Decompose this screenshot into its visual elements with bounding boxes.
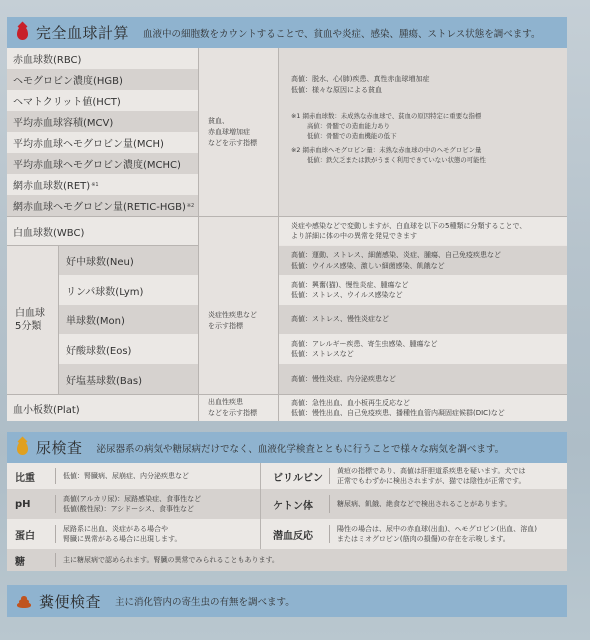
neu-details: 高値：運動、ストレス、細菌感染、炎症、腫瘍、自己免疫疾患など 低値：ウイルス感染… <box>279 246 567 275</box>
table-row-occult-blood: 潜血反応 陽性の場合は、尿中の赤血球(出血)、ヘモグロビン(出血、溶血) または… <box>261 519 567 549</box>
plat-details: 高値：急性出血、血小板再生反応など 低値：慢性出血、自己免疫疾患、播種性血管内凝… <box>279 395 567 421</box>
table-row-neu: 好中球数(Neu) <box>59 246 198 275</box>
rbc-high: 高値：脱水、心(肺)疾患、真性赤血球増加症 <box>291 74 486 85</box>
note1-high: 高値：骨髄での造血能力あり <box>291 121 486 131</box>
table-row-bas: 好塩基球数(Bas) <box>59 364 198 394</box>
bas-details: 高値：慢性炎症、内分泌疾患など <box>279 364 567 394</box>
table-row-bilirubin: ビリルビン 黄疸の指標であり、高値は肝胆道系疾患を疑います。犬では 正常でもわず… <box>261 463 567 489</box>
lym-details: 高値：興奮(猫)、慢性炎症、腫瘍など 低値：ストレス、ウイルス感染など <box>279 275 567 305</box>
mon-details: 高値：ストレス、慢性炎症など <box>279 305 567 334</box>
divider <box>7 245 198 246</box>
divider <box>7 394 567 395</box>
divider <box>198 48 199 421</box>
table-row-plat: 血小板数(Plat) <box>7 395 198 421</box>
urinalysis-section-header: 尿検査 泌尿器系の病気や糖尿病だけでなく、血液化学検査とともに行うことで様々な病… <box>7 432 567 463</box>
rbc-details-cell: 高値：脱水、心(肺)疾患、真性赤血球増加症 低値：様々な原因による貧血 ※1 網… <box>279 48 567 216</box>
table-row-eos: 好酸球数(Eos) <box>59 334 198 364</box>
table-row-ph: pH 高値(アルカリ尿)：尿路感染症、食事性など 低値(酸性尿)：アシドーシス、… <box>7 489 260 519</box>
rbc-low: 低値：様々な原因による貧血 <box>291 85 486 96</box>
note2-title: ※2 網赤血球ヘモグロビン量：未熟な赤血球の中のヘモグロビン量 <box>291 145 486 155</box>
cbc-title: 完全血球計算 <box>36 22 129 43</box>
table-row-protein: 蛋白 尿路系に出血、炎症がある場合や 腎臓に異常がある場合に出現します。 <box>7 519 260 549</box>
fecal-description: 主に消化管内の寄生虫の有無を調べます。 <box>115 594 295 608</box>
table-row-mch: 平均赤血球ヘモグロビン量(MCH) <box>7 132 198 153</box>
table-row-retic-hgb: 網赤血球ヘモグロビン量(RETIC-HGB)※2 <box>7 195 198 216</box>
table-row-mon: 単球数(Mon) <box>59 305 198 334</box>
blood-drop-icon <box>17 26 28 40</box>
divider <box>7 216 567 217</box>
table-row-ketones: ケトン体 糖尿病、飢餓、絶食などで検出されることがあります。 <box>261 489 567 519</box>
note1-low: 低値：骨髄での造血機能の低下 <box>291 131 486 141</box>
table-row-rbc: 赤血球数(RBC) <box>7 48 198 69</box>
table-row-mchc: 平均赤血球ヘモグロビン濃度(MCHC) <box>7 153 198 174</box>
plat-indicator-cell: 出血性疾患 などを示す指標 <box>199 395 278 421</box>
table-row-hgb: ヘモグロビン濃度(HGB) <box>7 69 198 90</box>
urinalysis-description: 泌尿器系の病気や糖尿病だけでなく、血液化学検査とともに行うことで様々な病気を調べ… <box>97 441 505 455</box>
table-row-lym: リンパ球数(Lym) <box>59 275 198 305</box>
fecal-section-header: 糞便検査 主に消化管内の寄生虫の有無を調べます。 <box>7 585 567 617</box>
urinalysis-title: 尿検査 <box>36 437 83 458</box>
table-row-glucose: 糖 主に糖尿病で認められます。腎臓の異常でみられることもあります。 <box>7 549 567 571</box>
note2-low: 低値：鉄欠乏または鉄がうまく利用できていない状態の可能性 <box>291 155 486 165</box>
urinalysis-table: 比重 低値：腎臓病、尿崩症、内分泌疾患など ビリルビン 黄疸の指標であり、高値は… <box>7 463 567 571</box>
wbc-indicator-cell: 炎症性疾患など を示す指標 <box>199 217 278 394</box>
cbc-table: 赤血球数(RBC) ヘモグロビン濃度(HGB) ヘマトクリット値(HCT) 平均… <box>7 48 567 421</box>
table-row-wbc: 白血球数(WBC) <box>7 217 198 245</box>
divider <box>58 246 59 394</box>
divider <box>278 48 279 421</box>
divider <box>260 463 261 549</box>
urine-drop-icon <box>17 441 28 455</box>
footnote-mark: ※2 <box>187 203 194 209</box>
stool-icon <box>17 595 31 608</box>
wbc-description-cell: 炎症や感染などで変動しますが、白血球を以下の5種類に分類することで、 より詳細に… <box>279 217 567 245</box>
cbc-description: 血液中の細胞数をカウントすることで、貧血や炎症、感染、腫瘍、ストレス状態を調べま… <box>143 26 540 40</box>
fecal-title: 糞便検査 <box>39 591 101 612</box>
rbc-indicator-cell: 貧血、 赤血球増加症 などを示す指標 <box>199 48 278 216</box>
table-row-ret: 網赤血球数(RET)※1 <box>7 174 198 195</box>
footnote-mark: ※1 <box>91 182 98 188</box>
table-row-mcv: 平均赤血球容積(MCV) <box>7 111 198 132</box>
table-row-specific-gravity: 比重 低値：腎臓病、尿崩症、内分泌疾患など <box>7 463 260 489</box>
cbc-section-header: 完全血球計算 血液中の細胞数をカウントすることで、貧血や炎症、感染、腫瘍、ストレ… <box>7 17 567 48</box>
wbc-5class-group-label: 白血球 5分類 <box>7 246 58 394</box>
table-row-hct: ヘマトクリット値(HCT) <box>7 90 198 111</box>
eos-details: 高値：アレルギー疾患、寄生虫感染、腫瘍など 低値：ストレスなど <box>279 334 567 364</box>
note1-title: ※1 網赤血球数：未成熟な赤血球で、貧血の原因特定に重要な指標 <box>291 111 486 121</box>
